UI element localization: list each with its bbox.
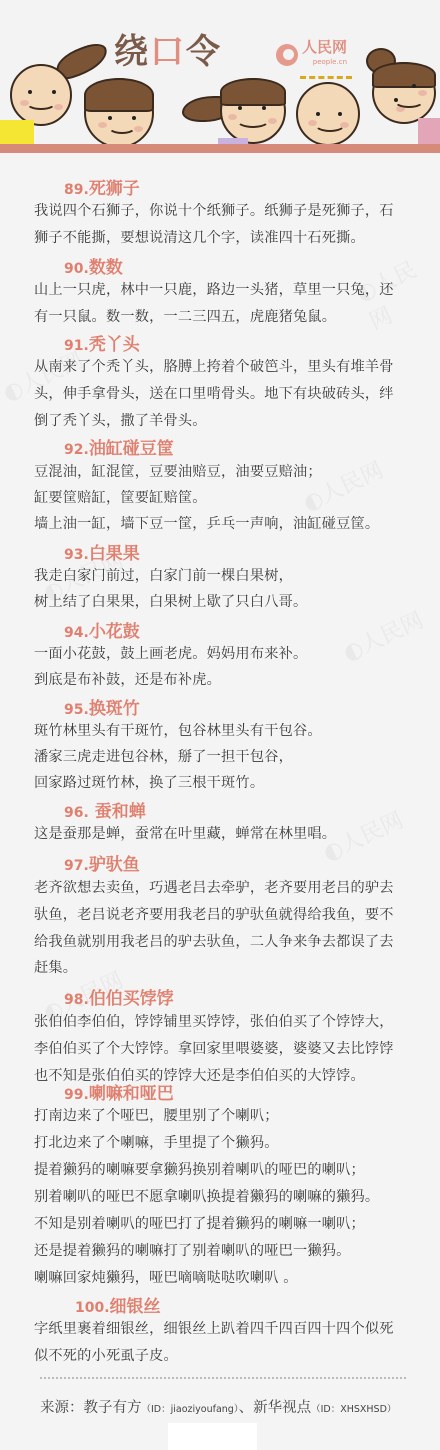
poem-title-99: 99.喇嘛和哑巴	[64, 1079, 174, 1104]
poem-title-96: 96. 蚕和蝉	[64, 797, 146, 822]
poem-line: 倒了秃丫头，撒了羊骨头。	[34, 410, 207, 430]
poem-title-97: 97.驴驮鱼	[64, 850, 140, 875]
kid-shirt-5	[418, 118, 440, 144]
poem-line: 树上结了白果果，白果树上歇了只白八哥。	[34, 591, 307, 611]
kid-face-1	[10, 64, 72, 126]
poem-line: 喇嘛回家炖獭犸，哑巴嘀嘀哒哒吹喇叭 。	[34, 1267, 298, 1287]
poem-line: 李伯伯买了个大饽饽。拿回家里喂婆婆，婆婆又去比饽饽	[34, 1038, 394, 1058]
poem-line: 我走白家门前过，白家门前一棵白果树，	[34, 565, 293, 585]
header-banner: 绕口令 人民网 people.cn	[0, 0, 440, 144]
logo-subtext: people.cn	[302, 55, 347, 70]
poem-title-89: 89.死狮子	[64, 174, 140, 199]
poem-line: 张伯伯李伯伯，饽饽铺里买饽饽，张伯伯买了个饽饽大，	[34, 1011, 394, 1031]
poem-line: 驮鱼，老吕说老齐要用我老吕的驴驮鱼就得给我鱼，要不	[34, 904, 394, 924]
poem-line: 回家路过斑竹林，换了三根干斑竹。	[34, 772, 264, 792]
poem-line: 头，伸手拿骨头，送在口里啃骨头。地下有块破砖头，绊	[34, 383, 394, 403]
poem-title-92: 92.油缸碰豆筐	[64, 434, 174, 459]
poem-line: 还是提着獭犸的喇嘛打了别着喇叭的哑巴一獭犸。	[34, 1240, 351, 1260]
poem-line: 有一只鼠。数一数，一二三四五，虎鹿猪兔鼠。	[34, 306, 336, 326]
poem-line: 打南边来了个哑巴，腰里别了个喇叭；	[34, 1105, 279, 1125]
poem-title-95: 95.换斑竹	[64, 694, 140, 719]
poem-line: 到底是布补鼓，还是布补虎。	[34, 669, 221, 689]
poem-line: 提着獭犸的喇嘛要拿獭犸换别着喇叭的哑巴的喇叭；	[34, 1159, 365, 1179]
poem-line: 我说四个石狮子，你说十个纸狮子。纸狮子是死狮子，石	[34, 200, 394, 220]
poem-line: 一面小花鼓，鼓上画老虎。妈妈用布来补。	[34, 643, 307, 663]
poem-line: 老齐欲想去卖鱼，巧遇老吕去牵驴，老齐要用老吕的驴去	[34, 877, 394, 897]
poem-line: 打北边来了个喇嘛，手里提了个獭犸。	[34, 1132, 279, 1152]
kid-hair-4	[300, 76, 352, 87]
poem-line: 别着喇叭的哑巴不愿拿喇叭换提着獭犸的喇嘛的獭犸。	[34, 1186, 379, 1206]
logo-circle-icon	[276, 44, 298, 66]
poem-title-98: 98.伯伯买饽饽	[64, 984, 174, 1009]
logo-text: 人民网	[302, 38, 347, 56]
poem-line: 豆混油，缸混筐，豆要油赔豆，油要豆赔油；	[34, 461, 322, 481]
poem-line: 斑竹林里头有干斑竹，包谷林里头有干包谷。	[34, 720, 322, 740]
poem-line: 缸要筐赔缸，筐要缸赔筐。	[34, 487, 207, 507]
blank-box	[168, 1423, 257, 1450]
poem-line: 似不死的小死虱子皮。	[34, 1345, 178, 1365]
watermark: ◐人民网	[337, 603, 427, 667]
poem-line: 潘家三虎走进包谷林，掰了一担干包谷，	[34, 746, 293, 766]
kid-face-2	[84, 78, 154, 144]
poem-line: 字纸里裹着细银丝，细银丝上趴着四千四百四十四个似死	[34, 1318, 394, 1338]
poem-line: 从南来了个秃丫头，胳膊上挎着个破笆斗，里头有堆羊骨	[34, 356, 394, 376]
poem-line: 不知是别着喇叭的哑巴打了提着獭犸的喇嘛一喇叭；	[34, 1213, 365, 1233]
source-credit: 来源：教子有方（ID：jiaoziyoufang）、新华视点（ID：XHSXHS…	[40, 1396, 396, 1417]
banner-divider-bar	[0, 144, 440, 153]
poem-title-94: 94.小花鼓	[64, 617, 140, 642]
poem-title-100: 100.细银丝	[75, 1292, 161, 1317]
poem-line: 给我鱼就别用我老吕的驴去驮鱼，二人争来争去都误了去	[34, 931, 394, 951]
poem-title-93: 93.白果果	[64, 539, 140, 564]
kid-face-4	[296, 82, 360, 144]
poem-line: 狮子不能撕，要想说清这几个字，读准四十石死撕。	[34, 227, 365, 247]
kid-shirt-1	[0, 120, 34, 144]
kid-face-3	[220, 78, 286, 144]
poem-title-91: 91.秃丫头	[64, 330, 140, 355]
banner-title: 绕口令	[114, 24, 222, 73]
kid-face-5	[372, 62, 436, 124]
poem-line: 墙上油一缸，墙下豆一筐，乒乓一声响，油缸碰豆筐。	[34, 513, 379, 533]
dotted-divider	[40, 1377, 406, 1379]
poem-line: 赶集。	[34, 957, 77, 977]
poem-line: 山上一只虎，林中一只鹿，路边一头猪，草里一只兔，还	[34, 279, 394, 299]
people-cn-logo: 人民网 people.cn	[276, 40, 347, 70]
poem-line: 这是蚕那是蝉，蚕常在叶里藏，蝉常在林里唱。	[34, 823, 336, 843]
poem-title-90: 90.数数	[64, 253, 123, 278]
